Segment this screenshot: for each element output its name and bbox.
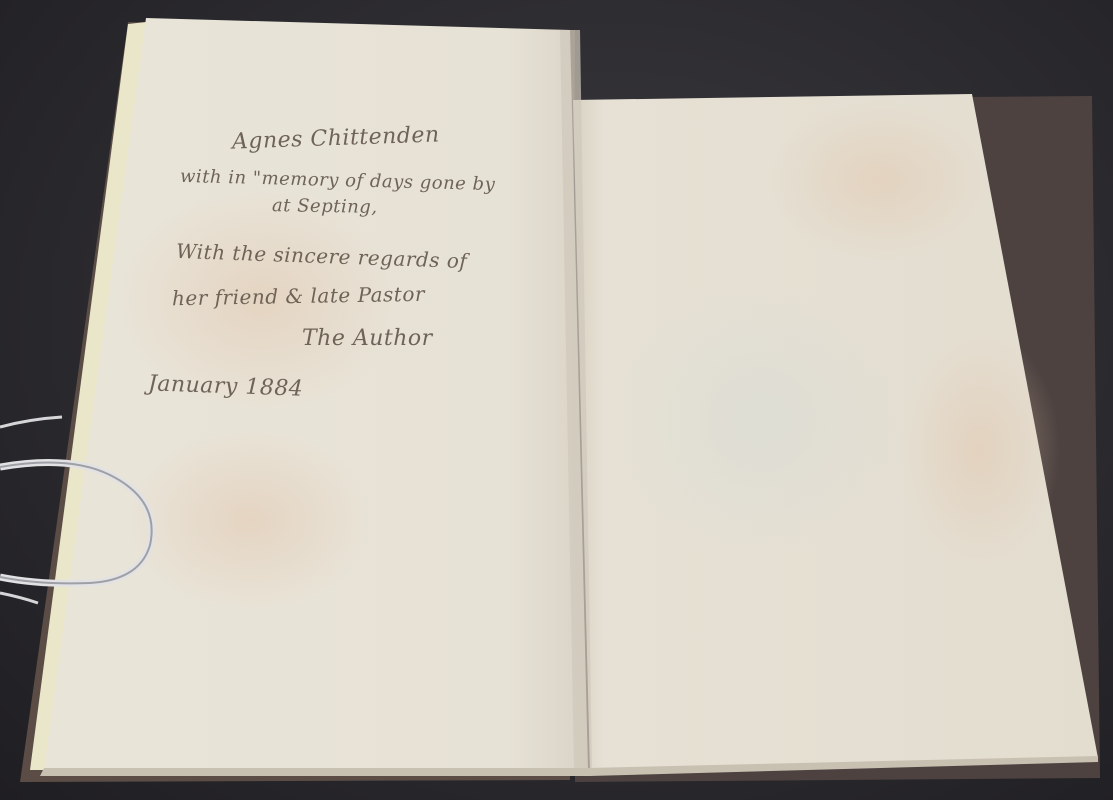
book-holder-strap <box>0 405 170 625</box>
inscription-signature: The Author <box>302 326 433 351</box>
book-photo: Agnes Chittenden with in "memory of days… <box>0 0 1113 800</box>
book-shape <box>0 0 1113 800</box>
inscription-line-3: at Septing, <box>272 195 378 218</box>
inscription-line-5: her friend & late Pastor <box>172 282 425 310</box>
